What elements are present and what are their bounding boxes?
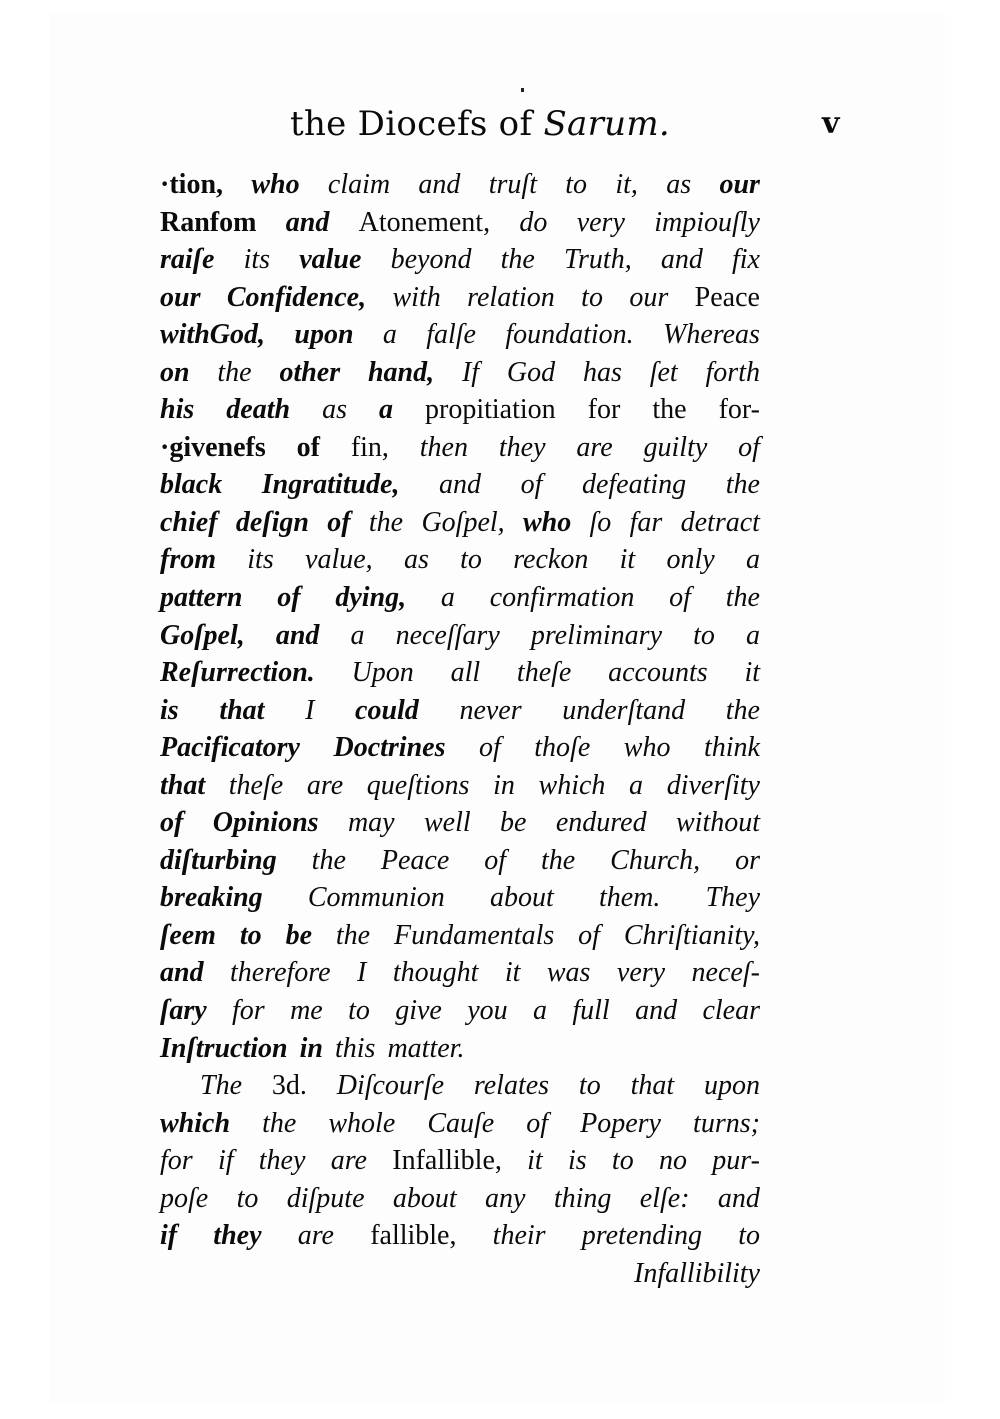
word: thoſe [534,729,590,767]
page-number: v [822,106,839,141]
word: Church, [610,842,700,880]
word: guilty [644,429,708,467]
word: very [617,954,665,992]
text-line: Goſpel,andaneceſſarypreliminarytoa [160,617,760,655]
word: Chriſtianity, [624,917,760,955]
word: Communion [308,879,445,917]
word: is [568,1142,587,1180]
text-line: iftheyarefallible,theirpretendingto [160,1217,760,1255]
word: upon [704,1067,760,1105]
word: who [523,504,571,542]
word: their [493,1217,546,1255]
word: it [620,541,636,579]
word: detract [681,504,760,542]
word: raiſe [160,241,214,279]
text-line: ſaryformetogiveyouafullandclear [160,992,760,1030]
word: in [493,767,515,805]
word: upon [294,316,353,354]
word: all [451,654,481,692]
word: no [659,1142,687,1180]
word: Popery [580,1105,661,1143]
text-line: RanfomandAtonement,doveryimpiouſly [160,204,760,242]
word: the [652,391,686,429]
word: is [160,692,179,730]
running-head-roman: the Diocefs of [290,104,532,144]
word: truſt [489,166,537,204]
word: whole [328,1105,395,1143]
word: chief [160,504,218,542]
word: are [298,1217,334,1255]
word: his [160,391,194,429]
word: for [588,391,621,429]
word: for [160,1142,193,1180]
word: dying, [335,579,406,617]
word: deſign [236,504,309,542]
word: to [240,917,262,955]
word: as [404,541,429,579]
word: a [441,579,455,617]
word: of [578,917,600,955]
word: Doctrines [333,729,445,767]
text-line: chiefdeſignoftheGoſpel,whoſofardetract [160,504,760,542]
word: I [357,954,366,992]
word: be [500,804,526,842]
word: Ranfom [160,204,256,242]
word: theſe [229,767,283,805]
word: fallible, [370,1217,456,1255]
word: Opinions [213,804,319,842]
word: could [355,692,419,730]
word: from [160,541,216,579]
word: far [630,504,663,542]
word: to [693,617,715,655]
word: Ingratitude, [262,466,400,504]
word: it [505,954,521,992]
word: relates [474,1067,549,1105]
text-line: ·tion,whoclaimandtruſttoit,asour [160,166,760,204]
word: clear [702,992,760,1030]
word: do [519,204,547,242]
text-line: whichthewholeCauſeofPoperyturns; [160,1105,760,1143]
word: and [661,241,703,279]
text-line: fromitsvalue,astoreckonitonlya [160,541,760,579]
word: ·tion, [160,166,223,204]
word: death [226,391,290,429]
word: if [218,1142,234,1180]
word: they [259,1142,306,1180]
word: pretending [582,1217,702,1255]
text-line: PacificatoryDoctrinesofthoſewhothink [160,729,760,767]
word: They [706,879,760,917]
text-line: poſetodiſputeaboutanythingelſe:and [160,1180,760,1218]
word: thing [554,1180,612,1218]
word: poſe [160,1180,208,1218]
word: the [262,1105,296,1143]
word: Diſcourſe [337,1067,444,1105]
word: other [279,354,340,392]
word: a [533,992,547,1030]
word: I [305,692,314,730]
word: turns; [693,1105,760,1143]
text-line: patternofdying,aconfirmationofthe [160,579,760,617]
text-line: ofOpinionsmaywellbeenduredwithout [160,804,760,842]
word: value [299,241,361,279]
word: was [547,954,591,992]
word: and [276,617,320,655]
word: of [526,1105,548,1143]
word: that [160,767,205,805]
word: Reſurrection. [160,654,315,692]
word: that [631,1067,675,1105]
word: propitiation [425,391,556,429]
word: be [286,917,312,955]
word: Peace [695,279,760,317]
word: of [521,466,543,504]
word: has [583,354,622,392]
word: if [160,1217,177,1255]
word: fix [732,241,760,279]
word: breaking [160,879,263,917]
word: endured [556,804,647,842]
word: Infallible, [392,1142,502,1180]
word: they [213,1217,261,1255]
running-head-title: the Diocefs of Sarum. [250,104,710,144]
word: The [200,1067,242,1105]
word: ſo [590,504,612,542]
word: to [738,1217,760,1255]
word: the [336,917,370,955]
catchword: Infallibility [634,1255,760,1293]
running-head-italic: Sarum. [543,104,670,144]
word: as [666,166,691,204]
word: Inſtruction [160,1030,288,1068]
word: the [726,579,760,617]
word: which [539,767,606,805]
word: only [666,541,714,579]
word: neceſſary [396,617,500,655]
word: ſet [650,354,678,392]
text-line: diſturbingthePeaceoftheChurch,or [160,842,760,880]
word: neceſ- [692,954,760,992]
word: to [612,1142,634,1180]
word: who [251,166,299,204]
text-line: thattheſearequeſtionsinwhichadiverſity [160,767,760,805]
word: forth [706,354,760,392]
word: its [247,541,273,579]
word: thought [393,954,479,992]
word: to [581,279,603,317]
text-line: The3d.Diſcourſerelatestothatupon [160,1067,760,1105]
catchword-line: Infallibility [160,1255,760,1293]
word: of [669,579,691,617]
word: Truth, [564,241,632,279]
word: are [576,429,612,467]
word: the [369,504,403,542]
word: Upon [352,654,414,692]
word: who [624,729,671,767]
word: Cauſe [427,1105,494,1143]
text-line: ontheotherhand,IfGodhasſetforth [160,354,760,392]
text-line: withGod,uponafalſefoundation.Whereas [160,316,760,354]
word: to [579,1067,601,1105]
word: elſe: [640,1180,690,1218]
word: the [312,842,346,880]
word: it, [615,166,638,204]
word: our [160,279,200,317]
word: claim [328,166,390,204]
word: our [629,279,668,317]
word: any [485,1180,525,1218]
word: 3d. [272,1067,307,1105]
word: to [237,1180,259,1218]
word: reckon [513,541,588,579]
word: are [331,1142,367,1180]
word: Peace [381,842,449,880]
word: value, [305,541,373,579]
word: God [507,354,555,392]
word: fin, [351,429,389,467]
word: in [300,1030,323,1068]
word: the [501,241,535,279]
running-head: the Diocefs of Sarum. v [0,100,1000,150]
text-line: hisdeathasapropitiationforthefor- [160,391,760,429]
word: are [307,767,343,805]
word: accounts [608,654,708,692]
word: ſary [160,992,207,1030]
word: a [746,541,760,579]
word: of [327,504,350,542]
word: about [393,1180,457,1218]
word: to [460,541,482,579]
word: about [490,879,554,917]
word: foundation. [505,316,633,354]
word: then [420,429,468,467]
text-line: Reſurrection.Uponalltheſeaccountsit [160,654,760,692]
word: queſtions [367,767,470,805]
word: which [160,1105,230,1143]
word: of [297,429,320,467]
word: the [726,692,760,730]
word: relation [467,279,555,317]
word: Confidence, [227,279,366,317]
word: a [746,617,760,655]
word: may [348,804,395,842]
word: withGod, [160,316,265,354]
text-line: raiſeitsvaluebeyondtheTruth,andfix [160,241,760,279]
word: and [635,992,677,1030]
word: and [439,466,481,504]
word: ·givenefs [160,429,266,467]
word: Goſpel, [160,617,245,655]
word: of [160,804,183,842]
text-line: Inſtructioninthismatter. [160,1030,760,1068]
word: think [704,729,760,767]
word: it [527,1142,543,1180]
word: and [286,204,330,242]
text-line: isthatIcouldneverunderſtandthe [160,692,760,730]
printer-mark [521,88,524,92]
text-line: ſeemtobetheFundamentalsofChriſtianity, [160,917,760,955]
word: with [393,279,441,317]
word: Fundamentals [394,917,554,955]
word: diſturbing [160,842,277,880]
text-line: ourConfidence,withrelationtoourPeace [160,279,760,317]
word: a [379,391,393,429]
word: well [424,804,471,842]
word: as [322,391,347,429]
word: this [335,1030,375,1068]
word: pattern [160,579,242,617]
text-line: breakingCommunionaboutthem.They [160,879,760,917]
word: Pacificatory [160,729,300,767]
word: without [676,804,760,842]
word: therefore [230,954,331,992]
word: me [290,992,323,1030]
word: the [726,466,760,504]
word: they [499,429,546,467]
word: to [348,992,370,1030]
word: theſe [517,654,571,692]
word: of [738,429,760,467]
word: a [383,316,397,354]
word: ſeem [160,917,216,955]
word: the [541,842,575,880]
word: and [418,166,460,204]
word: them. [599,879,660,917]
word: underſtand [562,692,685,730]
word: very [577,204,625,242]
word: of [484,842,506,880]
word: and [718,1180,760,1218]
word: defeating [582,466,686,504]
word: black [160,466,222,504]
word: matter. [387,1030,464,1068]
word: of [479,729,501,767]
word: falſe [426,316,476,354]
word: the [217,354,251,392]
word: Goſpel, [421,504,504,542]
word: never [459,692,521,730]
word: for- [719,391,760,429]
word: a [351,617,365,655]
word: Atonement, [359,204,490,242]
word: Whereas [663,316,760,354]
word: it [744,654,760,692]
body-text: ·tion,whoclaimandtruſttoit,asourRanfoman… [160,166,760,1292]
word: a [629,767,643,805]
word: diſpute [287,1180,365,1218]
word: preliminary [531,617,662,655]
word: hand, [368,354,434,392]
word: or [735,842,760,880]
word: diverſity [667,767,760,805]
word: its [244,241,270,279]
word: beyond [391,241,472,279]
text-line: foriftheyareInfallible,itistonopur- [160,1142,760,1180]
word: on [160,354,190,392]
word: you [467,992,507,1030]
word: pur- [712,1142,760,1180]
word: give [395,992,442,1030]
word: to [565,166,587,204]
word: confirmation [490,579,635,617]
text-line: andthereforeIthoughtitwasveryneceſ- [160,954,760,992]
word: If [462,354,479,392]
word: that [219,692,264,730]
word: our [719,166,759,204]
text-line: ·givenefsoffin,thentheyareguiltyof [160,429,760,467]
word: and [160,954,204,992]
word: for [232,992,265,1030]
word: of [277,579,300,617]
word: impiouſly [654,204,760,242]
text-line: blackIngratitude,andofdefeatingthe [160,466,760,504]
word: full [572,992,609,1030]
